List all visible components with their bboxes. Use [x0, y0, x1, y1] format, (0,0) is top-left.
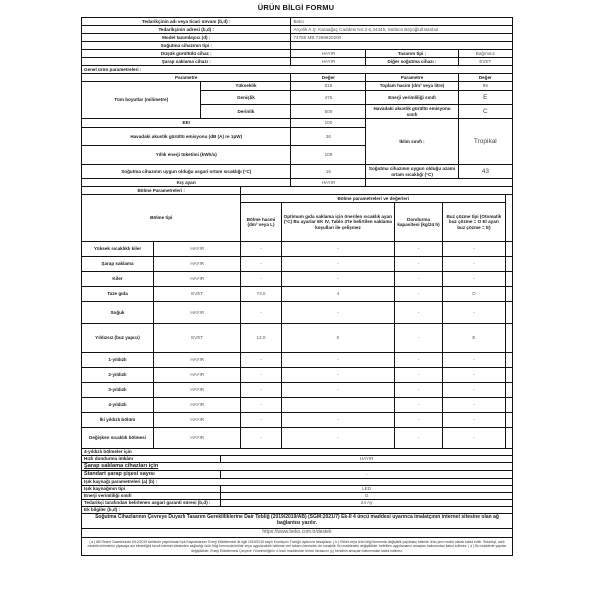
edge-spacer [506, 195, 513, 242]
compartment-volume: - [241, 413, 281, 428]
compartment-present: HAYIR [153, 398, 240, 413]
supplier-table: Tedarikçinin adı veya ticari ünvanı (b,d… [81, 17, 513, 74]
compartment-defrost-type: - [442, 398, 505, 413]
compartment-name: Değişken sıcaklık bölmesi [82, 428, 154, 449]
compartment-volume: - [241, 398, 281, 413]
compartment-temp: - [281, 242, 395, 257]
noise-class-value: C [458, 105, 512, 119]
compartment-defrost-type: - [442, 257, 505, 272]
total-volume-value: 85 [458, 82, 512, 91]
compartment-defrost-type: E [442, 324, 505, 353]
compartment-row: İki yıldızlı bölümHAYIR---- [82, 413, 513, 428]
compartment-freeze-capacity: - [395, 242, 442, 257]
compartment-freeze-capacity: - [395, 353, 442, 368]
supplier-address-value: Arçelik A.Ş. Karaağaç Caddesi No:2-6,344… [291, 26, 513, 34]
temp-header: Optimum gıda saklama için önerilen sıcak… [281, 203, 395, 242]
energy-class-value: E [458, 91, 512, 105]
edge-spacer [506, 353, 513, 368]
compartment-present: HAYIR [153, 428, 240, 449]
value-header-left: Değer [291, 74, 366, 82]
low-noise-label: Düşük gürültülü cihaz : [82, 50, 291, 58]
edge-spacer [506, 398, 513, 413]
height-value: 818 [291, 82, 366, 91]
compartment-name: İki yıldızlı bölüm [82, 413, 154, 428]
warranty-label: Tedarikçi tarafından belirlenen asgari g… [82, 500, 221, 507]
eei-label: EEI [82, 119, 291, 128]
compartment-defrost-type: - [442, 302, 505, 324]
min-temp-value: 16 [291, 165, 366, 179]
compartment-defrost-type: - [442, 353, 505, 368]
wine-appliance-label: Şarap saklama cihazı : [82, 58, 291, 66]
annual-energy-label: Yıllık enerji tüketimi (kWh/a) [82, 146, 291, 165]
bottom-table: 4-yıldızlı bölmeler için Hızlı dondurma … [81, 448, 513, 556]
compartment-name: Yıldızsız (buz yapıcı) [82, 324, 154, 353]
compartment-defrost-type: - [442, 383, 505, 398]
wine-bottles-label: Standart şarap şişesi sayısı [82, 471, 221, 479]
light-class-label: Enerji verimliliği sınıfı [82, 493, 221, 500]
noise-emission-value: 36 [291, 128, 366, 146]
param-header-left: Parametre [82, 74, 291, 82]
compartment-freeze-capacity: - [395, 257, 442, 272]
compartment-group-header: Bölme parametreleri ve değerleri [241, 195, 506, 203]
compartments-table: Bölme Parametreleri : Bölme tipi Bölme p… [81, 186, 513, 449]
legal-footnote: ( a ) AB Resmi Gazetesinde 5/12/2019 tar… [82, 538, 513, 556]
compartment-freeze-capacity: - [395, 272, 442, 287]
four-star-heading: 4-yıldızlı bölmeler için [82, 449, 513, 456]
compartment-name: 2-yıldızlı [82, 368, 154, 383]
edge-spacer [506, 324, 513, 353]
climate-class-label: İklim sınıfı : [366, 119, 458, 165]
compartment-present: HAYIR [153, 383, 240, 398]
design-type-value: Bağımsız [458, 50, 512, 58]
climate-class-value: Tropikal [458, 119, 512, 165]
width-label: Genişlik [201, 91, 291, 105]
design-type-label: Tasarım tipi : [366, 50, 458, 58]
compartment-volume: - [241, 353, 281, 368]
compartment-defrost-type: - [442, 428, 505, 449]
compartment-row: SoğukHAYIR---- [82, 302, 513, 324]
height-label: Yükseklik [201, 82, 291, 91]
compartment-temp: 4 [281, 287, 395, 302]
compartment-row: Yıldızsız (buz yapıcı)EVET12,00-E [82, 324, 513, 353]
compartment-volume: - [241, 383, 281, 398]
compartment-defrost-type: - [442, 272, 505, 287]
compartment-name: Yüksek sıcaklıklı kiler [82, 242, 154, 257]
extra-info-label: Ek bilgiler (b,d) : [82, 507, 513, 514]
compartment-defrost-type: O [442, 287, 505, 302]
compartment-present: HAYIR [153, 272, 240, 287]
fast-freeze-label: Hızlı dondurma imkânı [82, 456, 221, 463]
wine-bottles-value: - [221, 471, 513, 479]
compartment-present: HAYIR [153, 302, 240, 324]
light-type-label: Işık kaynağının tipi [82, 486, 221, 493]
edge-spacer [506, 272, 513, 287]
form-title: ÜRÜN BİLGİ FORMU [0, 3, 592, 12]
compartments-heading-spacer [241, 187, 513, 195]
compartment-temp: - [281, 428, 395, 449]
compartment-volume: - [241, 302, 281, 324]
appliance-type-label: Soğutma cihazının tipi : [82, 42, 291, 50]
compartment-temp: - [281, 368, 395, 383]
compartments-heading: Bölme Parametreleri : [82, 187, 241, 195]
depth-label: Derinlik [201, 105, 291, 119]
wine-appliance-value: HAYIR [291, 58, 366, 66]
compartment-freeze-capacity: - [395, 413, 442, 428]
edge-spacer [506, 257, 513, 272]
compartment-volume: 12,0 [241, 324, 281, 353]
compartment-name: 3-yıldızlı [82, 383, 154, 398]
compartment-temp: - [281, 383, 395, 398]
compartment-volume: 73,0 [241, 287, 281, 302]
compartment-name: Şarap saklama [82, 257, 154, 272]
compartment-row: KilerHAYIR---- [82, 272, 513, 287]
appliance-type-value [291, 42, 513, 50]
compartment-name: Soğuk [82, 302, 154, 324]
edge-spacer [506, 428, 513, 449]
compartment-temp: 0 [281, 324, 395, 353]
compartment-row: 1-yıldızlıHAYIR---- [82, 353, 513, 368]
compartment-row: 3-yıldızlıHAYIR---- [82, 383, 513, 398]
compartment-name: 1-yıldızlı [82, 353, 154, 368]
compartment-freeze-capacity: - [395, 383, 442, 398]
noise-emission-label: Havadaki akustik gürültü emisyonu (dB (A… [82, 128, 291, 146]
edge-spacer [506, 302, 513, 324]
volume-header: Bölme hacmi (dm³ veya L) [241, 203, 281, 242]
compartment-present: HAYIR [153, 353, 240, 368]
eei-value: 100 [291, 119, 366, 128]
annual-energy-value: 109 [291, 146, 366, 165]
dimensions-label: Tüm boyutlar (milimetre) [82, 82, 201, 119]
noise-class-label: Havadaki akustik gürültü emisyonu sınıfı [366, 105, 458, 119]
compartment-name: 4-yıldızlı [82, 398, 154, 413]
compartment-present: EVET [153, 324, 240, 353]
light-class-value: G [221, 493, 513, 500]
low-noise-value: HAYIR [291, 50, 366, 58]
compartment-present: HAYIR [153, 368, 240, 383]
light-heading: Işık kaynağı parametreleri (a) (b) : [82, 479, 513, 486]
compartment-row: Yüksek sıcaklıklı kilerHAYIR---- [82, 242, 513, 257]
supplier-name-value: Beko [291, 18, 513, 26]
general-params-table: Parametre Değer Parametre Değer Tüm boyu… [81, 73, 513, 187]
supplier-address-label: Tedarikçinin adresi (b,d) : [82, 26, 291, 34]
compartment-temp: - [281, 413, 395, 428]
compartment-volume: - [241, 428, 281, 449]
compartment-row: 2-yıldızlıHAYIR---- [82, 368, 513, 383]
model-label: Model tanımlayıcı (d) : [82, 34, 291, 42]
light-type-value: LED [221, 486, 513, 493]
regulation-text: Soğutma Cihazlarının Çevreye Duyarlı Tas… [82, 514, 513, 529]
compartment-row: Şarap saklamaHAYIR---- [82, 257, 513, 272]
compartment-freeze-capacity: - [395, 398, 442, 413]
compartment-present: HAYIR [153, 413, 240, 428]
compartment-present: HAYIR [153, 257, 240, 272]
wine-heading: Şarap saklama cihazları için [82, 463, 513, 471]
defrost-type-header: Buz çözme tipi (Otomatik buz çözme = O E… [442, 203, 505, 242]
edge-spacer [506, 383, 513, 398]
compartment-row: Değişken sıcaklık bölmesiHAYIR---- [82, 428, 513, 449]
max-temp-label: Soğutma cihazının uygun olduğu azami ort… [366, 165, 458, 179]
fast-freeze-value: HAYIR [221, 456, 513, 463]
other-appliance-value: EVET [458, 58, 512, 66]
compartment-freeze-capacity: - [395, 302, 442, 324]
edge-spacer [506, 287, 513, 302]
compartment-defrost-type: - [442, 413, 505, 428]
energy-class-label: Enerji verimliliği sınıfı [366, 91, 458, 105]
compartment-row: 4-yıldızlıHAYIR--- [82, 398, 513, 413]
compartment-volume: - [241, 272, 281, 287]
product-info-form: Tedarikçinin adı veya ticari ünvanı (b,d… [81, 17, 513, 556]
param-header-right: Parametre [366, 74, 458, 82]
compartment-present: HAYIR [153, 242, 240, 257]
compartment-freeze-capacity: - [395, 324, 442, 353]
min-temp-label: Soğutma cihazının uygun olduğu asgari or… [82, 165, 291, 179]
compartment-freeze-capacity: - [395, 368, 442, 383]
other-appliance-label: Diğer soğutma cihazı : [366, 58, 458, 66]
compartment-name: Taze gıda [82, 287, 154, 302]
support-url-link[interactable]: https://www.beko.com.tr/destek [82, 529, 513, 538]
edge-spacer [506, 368, 513, 383]
compartment-temp: - [281, 353, 395, 368]
width-value: 475 [291, 91, 366, 105]
compartment-temp: - [281, 302, 395, 324]
depth-value: 500 [291, 105, 366, 119]
compartment-defrost-type: - [442, 242, 505, 257]
compartment-rows: Yüksek sıcaklıklı kilerHAYIR----Şarap sa… [82, 242, 513, 449]
compartment-row: Taze gıdaEVET73,04-O [82, 287, 513, 302]
compartment-name: Kiler [82, 272, 154, 287]
compartment-volume: - [241, 242, 281, 257]
model-value: 74785 MB 7266820200 [291, 34, 513, 42]
compartment-temp [281, 398, 395, 413]
supplier-name-label: Tedarikçinin adı veya ticari ünvanı (b,d… [82, 18, 291, 26]
compartment-type-header: Bölme tipi [82, 195, 241, 242]
compartment-freeze-capacity: - [395, 287, 442, 302]
max-temp-value: 43 [458, 165, 512, 179]
compartment-freeze-capacity: - [395, 428, 442, 449]
compartment-defrost-type: - [442, 368, 505, 383]
total-volume-label: Toplam hacim (dm³ veya litre) [366, 82, 458, 91]
compartment-present: EVET [153, 287, 240, 302]
warranty-value: 24 Ay [221, 500, 513, 507]
edge-spacer [506, 413, 513, 428]
freeze-capacity-header: Dondurma kapasitesi (kg/24 h) [395, 203, 442, 242]
value-header-right: Değer [458, 74, 512, 82]
compartment-volume: - [241, 368, 281, 383]
edge-spacer [506, 242, 513, 257]
compartment-temp: - [281, 257, 395, 272]
compartment-temp: - [281, 272, 395, 287]
compartment-volume: - [241, 257, 281, 272]
